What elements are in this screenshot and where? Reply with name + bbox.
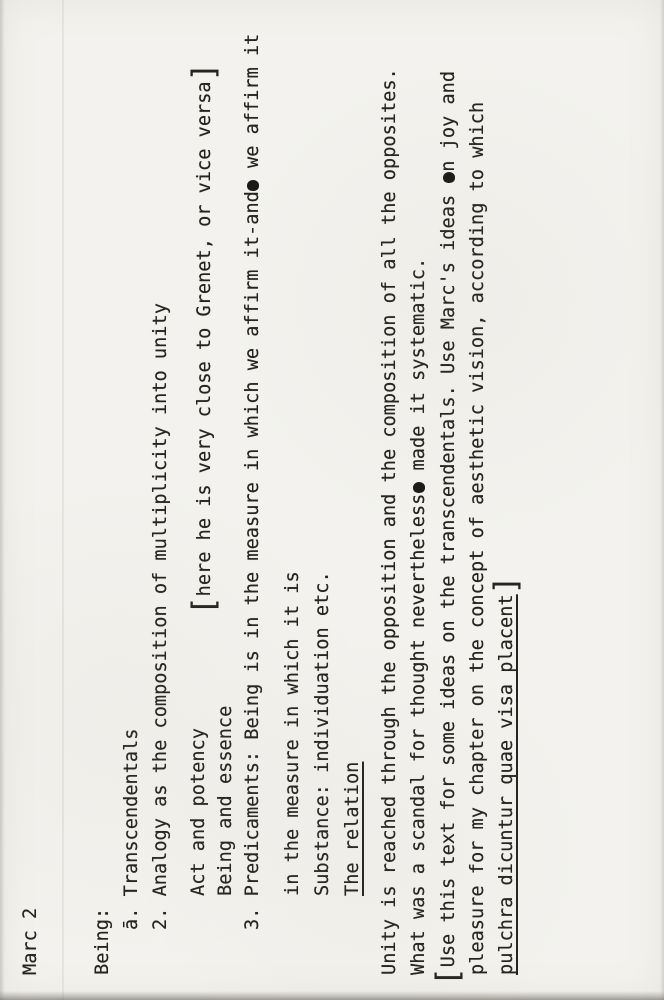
text-segment: Unity is reached through the opposition … <box>379 68 400 975</box>
subitem-act: Act and potency <box>190 728 209 896</box>
note-line-3: pulchra dicuntur quae visa placent] <box>498 576 517 975</box>
overstrike-blot <box>413 482 426 493</box>
text-segment: pleasure for my chapter on the concept o… <box>467 102 488 975</box>
page-header: Marc 2 <box>22 908 41 975</box>
text-segment: 2. Analogy as the composition of multipl… <box>150 303 171 930</box>
text-segment: Use this text for some ideas on the tran… <box>438 184 459 968</box>
heading-being: Being: <box>94 908 113 975</box>
subitem-being: Being and essence <box>217 706 236 896</box>
margin-note: [here he is very close to Grenet, or vic… <box>196 63 215 615</box>
paragraph-line-2: What was a scandal for thought neverthel… <box>410 258 429 975</box>
overstrike-blot <box>247 180 260 191</box>
text-segment: Marc 2 <box>20 908 41 975</box>
text-segment: ā. Transcendentals <box>121 729 142 931</box>
item-3-cont: in the measure in which it is <box>284 571 303 896</box>
item-2: 2. Analogy as the composition of multipl… <box>152 303 171 930</box>
item-3: 3. Predicaments: Being is in the measure… <box>244 34 263 930</box>
inserted-bracket: [ <box>195 596 214 615</box>
text-segment: Being: <box>92 908 113 975</box>
text-segment: here he is very close to Grenet, or vice… <box>194 81 215 596</box>
text-segment: we affirm it <box>242 34 263 180</box>
text-segment: in the measure in which it is <box>282 571 303 896</box>
inserted-bracket: ] <box>497 576 516 595</box>
text-segment: Substance: individuation etc. <box>312 571 333 896</box>
document-sheet: Marc 2Being:ā. Transcendentals2. Analogy… <box>0 0 664 1000</box>
overstrike-blot <box>443 172 456 183</box>
subitem-substance: Substance: individuation etc. <box>314 571 333 896</box>
note-line-2: pleasure for my chapter on the concept o… <box>469 102 488 975</box>
inserted-bracket: [ <box>439 967 458 986</box>
text-segment: made it systematic. <box>408 258 429 482</box>
text-segment: pulchra dicuntur quae visa placent <box>496 594 517 975</box>
note-line-1: [Use this text for some ideas on the tra… <box>440 71 459 986</box>
scanned-page: Marc 2Being:ā. Transcendentals2. Analogy… <box>0 0 664 1000</box>
text-segment: 3. Predicaments: Being is in the measure… <box>242 191 263 930</box>
text-segment: What was a scandal for thought neverthel… <box>408 494 429 975</box>
text-segment: n joy and <box>438 71 459 172</box>
text-segment: Act and potency <box>188 728 209 896</box>
subitem-relation: The relation <box>344 762 363 896</box>
inserted-bracket: ] <box>195 63 214 82</box>
paragraph-line-1: Unity is reached through the opposition … <box>381 68 400 975</box>
text-segment: Being and essence <box>215 706 236 896</box>
text-segment: The relation <box>342 762 363 896</box>
item-a: ā. Transcendentals <box>123 729 142 931</box>
